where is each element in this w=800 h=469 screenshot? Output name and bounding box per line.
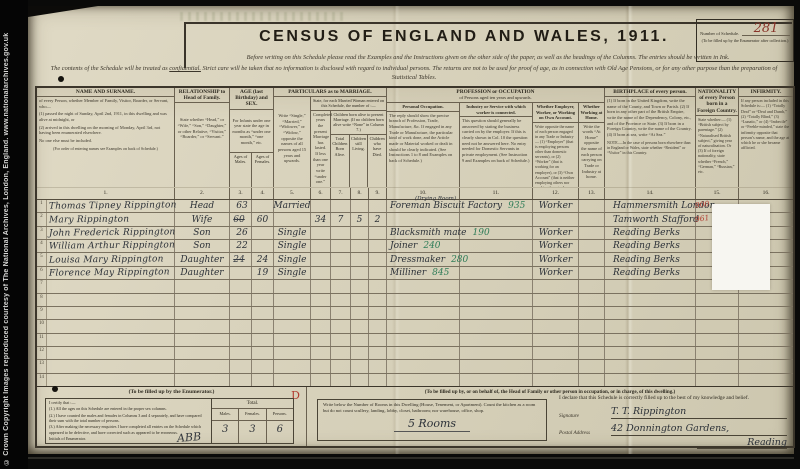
name-cell: 13	[37, 360, 175, 372]
years-married-cell	[311, 320, 331, 332]
col-num-6: 6.	[311, 188, 331, 199]
birthplace-entry: Reading Berks	[613, 256, 680, 265]
employer-cell: Worker	[533, 253, 579, 265]
instruction2-rest: Strict care will be taken that no inform…	[201, 65, 777, 81]
years-married-cell	[311, 360, 331, 372]
name-entry: Thomas Tipney Rippington	[49, 202, 177, 212]
occupation-cell	[387, 213, 460, 225]
totals-table: Total. Males. Females. Persons. 3 3 6	[211, 399, 293, 443]
children-born-cell	[331, 294, 351, 306]
occupation-cell	[387, 307, 460, 319]
relationship-title: RELATIONSHIP to Head of Family.	[175, 88, 229, 103]
children-born-cell	[331, 280, 351, 292]
copyright-text: © Crown Copyright Images reproduced cour…	[3, 0, 10, 465]
age-male-cell	[230, 374, 252, 386]
relationship-cell	[175, 280, 230, 292]
athome-cell	[579, 280, 605, 292]
birthplace-cell: Reading Berks	[605, 240, 696, 252]
employer-cell	[533, 213, 579, 225]
children-living-cell	[351, 347, 369, 359]
marital-cell	[274, 307, 311, 319]
employer-cell	[533, 347, 579, 359]
industry-cell	[460, 280, 533, 292]
row-number: 10	[37, 321, 46, 326]
birthplace-cell	[605, 294, 696, 306]
employer-entry: Worker	[539, 229, 572, 238]
persons-total: 6	[267, 421, 293, 443]
name-cell: 11	[37, 334, 175, 346]
age-males-subheader: Ages of Males.	[230, 153, 252, 187]
industry-cell	[460, 227, 533, 239]
occupation-entry: Blacksmith mate	[390, 229, 467, 238]
scanned-census-page: © Crown Copyright Images reproduced cour…	[0, 0, 800, 469]
age-female-cell	[252, 294, 274, 306]
children-living-cell	[351, 320, 369, 332]
col-num-16: 16.	[739, 188, 793, 199]
row-number: 9	[37, 308, 46, 313]
employer-cell: Worker	[533, 227, 579, 239]
marital-cell	[274, 213, 311, 225]
table-row: 5 Louisa Mary Rippington Daughter 24 24 …	[37, 253, 793, 266]
birthplace-entry: Tamworth Stafford	[613, 216, 699, 225]
address-value: 42 Donnington Gardens,	[611, 423, 787, 436]
instruction-line-1: Before writing on this Schedule please r…	[184, 54, 792, 63]
age-male-cell	[230, 320, 252, 332]
infirmity-cell	[739, 374, 793, 386]
col-num-7: 7.	[331, 188, 351, 199]
relationship-cell	[175, 320, 230, 332]
row-number: 8	[37, 295, 46, 300]
col-num-11: 11.	[460, 188, 533, 199]
name-cell: 8	[37, 294, 175, 306]
redaction-patch	[712, 204, 770, 290]
marital-cell	[274, 360, 311, 372]
occupation-cell	[387, 320, 460, 332]
occupation-cell: Dressmaker280	[387, 253, 460, 265]
col-num-15: 15.	[696, 188, 739, 199]
birthplace-cell	[605, 320, 696, 332]
age-struck-entry: 24	[233, 256, 244, 265]
col-num-12: 12.	[533, 188, 579, 199]
col-age-header: AGE (last Birthday) and SEX. For Infants…	[230, 88, 274, 187]
athome-cell	[579, 240, 605, 252]
age-male-cell	[230, 307, 252, 319]
birthplace-cell	[605, 307, 696, 319]
industry-cell	[460, 374, 533, 386]
athome-cell	[579, 200, 605, 212]
married-women-intro: State, for each Married Woman entered on…	[311, 97, 386, 111]
relationship-cell: Daughter	[175, 253, 230, 265]
col-num-8: 8.	[351, 188, 369, 199]
industry-cell	[460, 253, 533, 265]
age-female-cell	[252, 374, 274, 386]
schedule-number-value: 281	[742, 22, 790, 36]
age-male-cell	[230, 280, 252, 292]
infirmity-body: If any person included in this Schedule …	[739, 97, 793, 187]
name-cell: 9	[37, 307, 175, 319]
marital-cell: Single	[274, 227, 311, 239]
children-died-cell	[369, 200, 387, 212]
females-label: Females.	[239, 409, 266, 420]
name-title: NAME AND SURNAME.	[37, 88, 174, 97]
marital-cell: Single	[274, 240, 311, 252]
infirmity-cell	[739, 334, 793, 346]
punch-hole	[52, 386, 58, 392]
table-row: 3 John Frederick Rippington Son 26 Singl…	[37, 227, 793, 240]
employer-cell	[533, 320, 579, 332]
relationship-entry: Son	[193, 229, 210, 238]
marital-cell: Single	[274, 253, 311, 265]
marriage-title: PARTICULARS as to MARRIAGE.	[274, 88, 386, 97]
occupation-title-main: PROFESSION or OCCUPATION	[456, 89, 534, 95]
nationality-cell	[696, 347, 739, 359]
age-male-cell	[230, 267, 252, 279]
age-female-cell	[252, 347, 274, 359]
relationship-cell	[175, 347, 230, 359]
age-male-entry: 26	[236, 229, 247, 238]
children-died-cell	[369, 374, 387, 386]
name-note: No one else must be included.	[39, 138, 172, 144]
children-born-cell	[331, 307, 351, 319]
children-born-cell	[331, 240, 351, 252]
age-female-entry: 60	[257, 216, 268, 225]
relationship-entry: Head	[190, 202, 214, 211]
marital-cell	[274, 280, 311, 292]
row-number: 13	[37, 361, 46, 366]
years-married-cell	[311, 374, 331, 386]
age-male-cell	[230, 334, 252, 346]
col-num-2: 2.	[175, 188, 230, 199]
birthplace-cell: Hammersmith London900	[605, 200, 696, 212]
children-living-cell	[351, 200, 369, 212]
industry-cell	[460, 294, 533, 306]
employer-cell	[533, 280, 579, 292]
children-living-cell: 5	[351, 213, 369, 225]
children-died-cell	[369, 253, 387, 265]
declaration: I declare that this Schedule is correctl…	[559, 395, 787, 449]
children-born-cell	[331, 347, 351, 359]
table-row: 2 Mary Rippington Wife 60 60 34 7 5 2 Ta…	[37, 213, 793, 226]
instruction2-confidential: confidential.	[169, 65, 201, 72]
relationship-entry: Son	[193, 242, 210, 251]
athome-cell	[579, 213, 605, 225]
birthplace-body: (1) If born in the United Kingdom, write…	[607, 98, 693, 137]
industry-cell	[460, 267, 533, 279]
employer-cell	[533, 360, 579, 372]
name-cell: 7	[37, 280, 175, 292]
years-married-cell	[311, 294, 331, 306]
table-row: 8	[37, 294, 793, 307]
birthplace-cell	[605, 347, 696, 359]
name-body: of every Person, whether Member of Famil…	[39, 98, 172, 109]
signature-value: T. T. Rippington	[611, 406, 787, 419]
employer-cell	[533, 374, 579, 386]
children-died-cell	[369, 347, 387, 359]
occupation-cell: Blacksmith mate190	[387, 227, 460, 239]
householder-section: (To be filled up by, or on behalf of, th…	[307, 387, 793, 446]
infirmity-cell	[739, 320, 793, 332]
col-nationality-header: NATIONALITY of every Person born in a Fo…	[696, 88, 739, 187]
males-total: 3	[212, 421, 239, 443]
name-entry: Florence May Rippington	[49, 269, 170, 279]
age-female-entry: 24	[257, 256, 268, 265]
children-born-cell	[331, 334, 351, 346]
industry-body: This question should generally be answer…	[460, 117, 532, 187]
relationship-cell	[175, 307, 230, 319]
relationship-cell	[175, 294, 230, 306]
athome-cell	[579, 253, 605, 265]
males-label: Males.	[212, 409, 239, 420]
address-line1: 42 Donnington Gardens,	[611, 423, 729, 434]
census-table: NAME AND SURNAME. of every Person, wheth…	[35, 86, 795, 448]
relationship-cell	[175, 360, 230, 372]
children-living-cell	[351, 227, 369, 239]
relationship-cell: Son	[175, 240, 230, 252]
children-living-entry: 5	[357, 216, 363, 225]
birthplace-cell: Reading Berks	[605, 253, 696, 265]
children-living-cell	[351, 360, 369, 372]
children-died-cell	[369, 320, 387, 332]
name-entry: Louisa Mary Rippington	[49, 255, 164, 265]
marital-entry: Married	[273, 202, 310, 211]
col-occupation-header: PROFESSION or OCCUPATION of Persons aged…	[387, 88, 605, 187]
industry-cell	[460, 360, 533, 372]
enumerator-section: (To be filled up by the Enumerator.) D I…	[37, 387, 307, 446]
industry-cell	[460, 213, 533, 225]
name-cell: 4 William Arthur Rippington	[37, 240, 175, 252]
nationality-cell	[696, 360, 739, 372]
enumerator-signature: ABB	[176, 431, 201, 444]
birthplace-title: BIRTHPLACE of every person.	[605, 88, 695, 97]
relationship-cell	[175, 334, 230, 346]
employer-cell: Worker	[533, 240, 579, 252]
age-females-subheader: Ages of Females.	[252, 153, 273, 187]
rooms-box: Write below the Number of Rooms in this …	[317, 399, 547, 441]
name-item1: (1) passed the night of Sunday, April 2n…	[39, 111, 172, 122]
children-born-cell	[331, 227, 351, 239]
row-number: 3	[37, 228, 46, 233]
relationship-cell: Son	[175, 227, 230, 239]
birthplace-note: NOTE.—In the case of persons born elsewh…	[607, 140, 693, 155]
children-living-cell	[351, 334, 369, 346]
relationship-cell: Wife	[175, 213, 230, 225]
athome-cell	[579, 227, 605, 239]
col-num-13: 13.	[579, 188, 605, 199]
children-born-cell	[331, 360, 351, 372]
punch-hole	[58, 76, 64, 82]
years-married-cell	[311, 253, 331, 265]
name-cell: 12	[37, 347, 175, 359]
personal-occupation-subheader: Personal Occupation.	[387, 103, 459, 111]
children-died-entry: 2	[375, 216, 381, 225]
children-died-cell	[369, 334, 387, 346]
marital-cell: Single	[274, 267, 311, 279]
children-died-subheader: Children who have Died.	[368, 135, 386, 187]
schedule-number-note: (To be filled up by the Enumerator after…	[700, 38, 790, 43]
industry-subheader: Industry or Service with which worker is…	[460, 103, 532, 117]
table-row: 1 Thomas Tipney Rippington Head 63 Marri…	[37, 200, 793, 213]
table-row: 4 William Arthur Rippington Son 22 Singl…	[37, 240, 793, 253]
children-died-cell: 2	[369, 213, 387, 225]
enumerator-heading: (To be filled up by the Enumerator.)	[37, 389, 306, 395]
name-cell: 5 Louisa Mary Rippington	[37, 253, 175, 265]
age-body: For Infants under one year state the age…	[230, 110, 273, 152]
birthplace-cell: Tamworth Stafford961	[605, 213, 696, 225]
birthplace-cell	[605, 360, 696, 372]
occupation-cell	[387, 360, 460, 372]
occupation-entry: Joiner	[390, 242, 417, 251]
address-label: Postal Address	[559, 430, 611, 436]
years-married-cell	[311, 240, 331, 252]
athome-subheader: Whether Working at Home.	[579, 103, 604, 122]
name-cell: 6 Florence May Rippington	[37, 267, 175, 279]
infirmity-title: INFIRMITY.	[739, 88, 793, 97]
table-row: 7	[37, 280, 793, 293]
infirmity-cell	[739, 307, 793, 319]
athome-cell	[579, 320, 605, 332]
employer-cell: Worker	[533, 200, 579, 212]
archive-copyright-strip: © Crown Copyright Images reproduced cour…	[0, 0, 28, 469]
children-living-cell	[351, 267, 369, 279]
occupation-cell: (Drying Room)Foreman Biscuit Factory935	[387, 200, 460, 212]
signature-label: Signature	[559, 413, 611, 419]
employer-subheader: Whether Employer, Worker, or Working on …	[533, 103, 578, 122]
marital-entry: Single	[278, 229, 307, 238]
birthplace-entry: Reading Berks	[613, 242, 680, 251]
children-died-cell	[369, 267, 387, 279]
age-female-cell	[252, 280, 274, 292]
table-row: 11	[37, 334, 793, 347]
row-number: 4	[37, 241, 46, 246]
relationship-body: State whether “Head,” or “Wife,” “Son,” …	[175, 103, 229, 187]
nationality-cell	[696, 307, 739, 319]
birthplace-cell	[605, 374, 696, 386]
nationality-cell	[696, 294, 739, 306]
children-living-cell	[351, 294, 369, 306]
certify-item1: (1.) All the ages on this Schedule are e…	[49, 406, 208, 411]
birthplace-cell: Reading Berks	[605, 267, 696, 279]
occupation-title-sub: of Persons aged ten years and upwards.	[459, 95, 531, 100]
nationality-cell	[696, 320, 739, 332]
row-number: 5	[37, 254, 46, 259]
relationship-cell	[175, 374, 230, 386]
persons-label: Persons.	[267, 409, 293, 420]
row-number: 12	[37, 348, 46, 353]
total-label: Total.	[212, 399, 293, 409]
years-married-cell	[311, 307, 331, 319]
col-relationship-header: RELATIONSHIP to Head of Family. State wh…	[175, 88, 230, 187]
infirmity-cell	[739, 347, 793, 359]
children-living-subheader: Children still Living.	[350, 135, 369, 187]
children-born-cell	[331, 200, 351, 212]
marital-cell	[274, 334, 311, 346]
age-female-cell	[252, 320, 274, 332]
age-struck-entry: 60	[233, 216, 244, 225]
nationality-cell	[696, 334, 739, 346]
enumerator-box: I certify that :— (1.) All the ages on t…	[45, 398, 294, 444]
employer-entry: Worker	[539, 256, 572, 265]
form-title: CENSUS OF ENGLAND AND WALES, 1911.	[184, 28, 744, 46]
marital-entry: Single	[278, 256, 307, 265]
col-num-1: 1.	[37, 188, 175, 199]
nationality-title: NATIONALITY of every Person born in a Fo…	[696, 88, 738, 116]
instruction-line-2: The contents of the Schedule will be tre…	[40, 65, 788, 82]
children-living-cell	[351, 240, 369, 252]
certify-intro: I certify that :—	[49, 400, 208, 405]
marital-entry: Single	[278, 269, 307, 278]
relationship-cell: Head	[175, 200, 230, 212]
years-married-cell	[311, 200, 331, 212]
marital-body: Write “Single,” “Married,” “Widower,” or…	[274, 97, 311, 187]
col-num-14: 14.	[605, 188, 696, 199]
name-cell: 3 John Frederick Rippington	[37, 227, 175, 239]
col-marriage-header: PARTICULARS as to MARRIAGE. Write “Singl…	[274, 88, 387, 187]
athome-body: Write the words “At Home” opposite the n…	[579, 123, 604, 187]
declaration-text: I declare that this Schedule is correctl…	[559, 395, 787, 402]
marital-cell: Married	[274, 200, 311, 212]
row-number: 2	[37, 214, 46, 219]
personal-occupation-body: The reply should show the precise branch…	[387, 112, 459, 187]
age-male-cell	[230, 294, 252, 306]
age-male-cell	[230, 347, 252, 359]
name-entry: John Frederick Rippington	[49, 228, 176, 238]
females-total: 3	[239, 421, 266, 443]
marital-entry: Single	[278, 242, 307, 251]
children-born-cell	[331, 267, 351, 279]
years-married-entry: 34	[315, 216, 326, 225]
name-cell: 2 Mary Rippington	[37, 213, 175, 225]
industry-cell	[460, 240, 533, 252]
children-born-entry: 7	[338, 216, 344, 225]
years-married-cell	[311, 227, 331, 239]
rooms-instructions: Write below the Number of Rooms in this …	[323, 402, 535, 413]
employer-entry: Worker	[539, 242, 572, 251]
col-birthplace-header: BIRTHPLACE of every person. (1) If born …	[605, 88, 696, 187]
row-number: 6	[37, 268, 46, 273]
census-form: CENSUS OF ENGLAND AND WALES, 1911. Numbe…	[28, 6, 794, 454]
nationality-body: State whether:— (1) “British subject by …	[696, 116, 738, 187]
occupation-entry: Milliner	[390, 269, 426, 278]
relationship-cell: Daughter	[175, 267, 230, 279]
rooms-value: 5 Rooms	[394, 417, 470, 432]
col-num-4: 4.	[252, 188, 274, 199]
occupation-cell	[387, 347, 460, 359]
marital-cell	[274, 374, 311, 386]
occupation-cell: Joiner240	[387, 240, 460, 252]
age-male-cell: 22	[230, 240, 252, 252]
age-title: AGE (last Birthday) and SEX.	[230, 88, 273, 110]
name-entry: William Arthur Rippington	[49, 242, 175, 252]
relationship-entry: Daughter	[180, 269, 223, 278]
years-married-cell: 34	[311, 213, 331, 225]
col-num-5: 5.	[274, 188, 311, 199]
name-cell: 14	[37, 374, 175, 386]
children-living-cell	[351, 307, 369, 319]
years-married-cell	[311, 347, 331, 359]
relationship-entry: Wife	[192, 216, 213, 225]
table-row: 12	[37, 347, 793, 360]
occupation-cell	[387, 374, 460, 386]
industry-cell	[460, 307, 533, 319]
years-married-cell	[311, 267, 331, 279]
years-married-body: Completed years the present Marriage has…	[311, 111, 331, 187]
occupation-cell	[387, 280, 460, 292]
initials-label: Initials of Enumerator.	[49, 436, 86, 441]
col-num-9: 9.	[369, 188, 387, 199]
nationality-cell	[696, 374, 739, 386]
schedule-number-label: Number of Schedule.	[700, 31, 742, 37]
age-female-cell	[252, 334, 274, 346]
